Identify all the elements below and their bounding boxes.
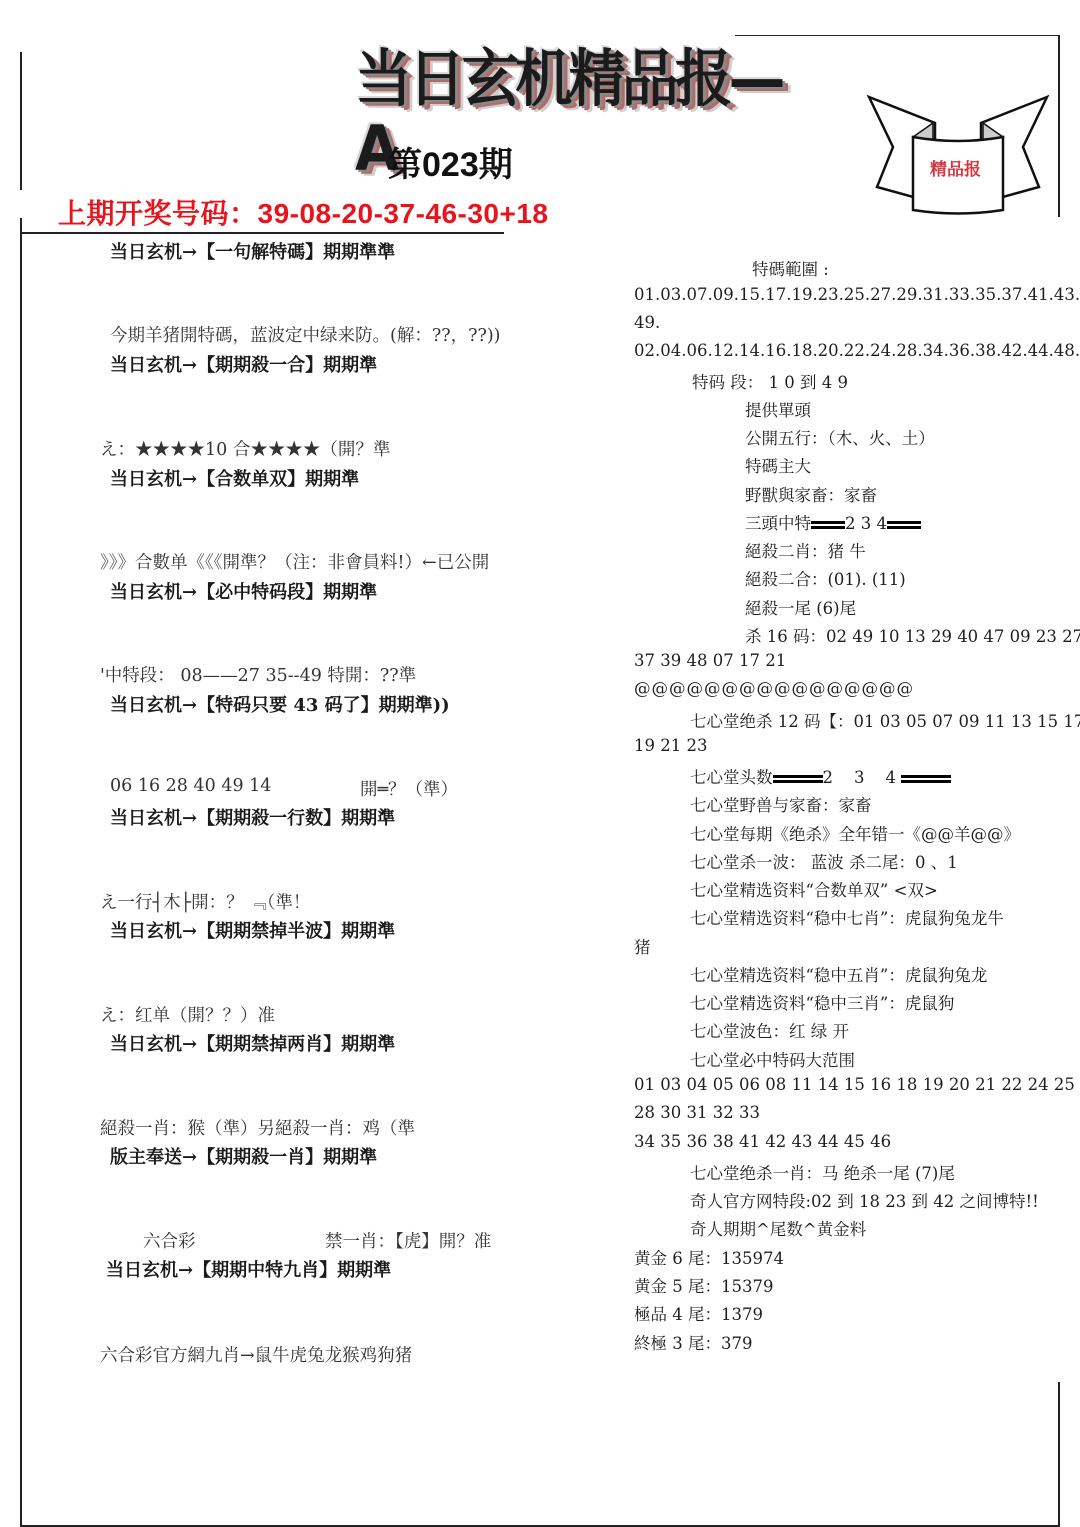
issue-number: 第023期: [388, 137, 513, 186]
left-footer-nine-zodiacs: 六合彩官方網九肖→鼠牛虎兔龙猴鸡狗猪: [100, 1342, 412, 1367]
big-range-1: 01 03 04 05 06 08 11 14 15 16 18 19 20 2…: [634, 1075, 1080, 1094]
left-border-main: [20, 218, 22, 1527]
right-item-kill-16: 杀 16 码：02 49 10 13 29 40 47 09 23 27: [745, 623, 1080, 647]
tail-gold-5: 黄金 5 尾：15379: [634, 1273, 773, 1297]
right-item-kill-two-combos: 絕殺二合：(01). (11): [745, 566, 906, 590]
left-content-6: え一行┤木├開：？ ﹃（準！: [100, 889, 310, 914]
left-content-8: 絕殺一肖：猴（準）另絕殺一肖：鸡（準: [100, 1115, 415, 1140]
range-odd-cont: 49.: [634, 313, 660, 332]
left-heading-4: 当日玄机→【必中特码段】期期準: [110, 578, 377, 604]
left-heading-1: 当日玄机→【一句解特碼】期期準準: [110, 238, 395, 264]
right-item-qxt-color: 七心堂波色：红 绿 开: [690, 1018, 849, 1042]
left-content-5-status: 開═？（準）: [360, 776, 458, 801]
seven-cont: 猪: [634, 934, 651, 958]
left-content-9-label: 六合彩: [143, 1228, 196, 1253]
left-content-2: え：★★★★10 合★★★★（開？準: [100, 436, 390, 461]
last-draw-label: 上期开奖号码：: [58, 198, 258, 229]
left-content-3: 》》》合數单《《《開準？（注：非會員料!）←已公開: [100, 549, 489, 574]
double-bar-icon: [887, 519, 921, 531]
three-heads-value: 2 3 4: [845, 514, 887, 533]
right-item-qxt-wave: 七心堂杀一波： 蓝波 杀二尾：0 、1: [690, 849, 958, 873]
left-border-top: [20, 52, 22, 190]
ribbon-badge-icon: [863, 85, 1053, 215]
left-content-1: 今期羊猪開特碼，蓝波定中绿来防。(解：??，??)): [110, 322, 501, 347]
three-heads-label: 三頭中特: [745, 514, 811, 533]
kill-12: 七心堂绝杀 12 码【：01 03 05 07 09 11 13 15 17: [690, 708, 1080, 732]
left-heading-10: 当日玄机→【期期中特九肖】期期準: [106, 1256, 391, 1282]
left-content-5-numbers: 06 16 28 40 49 14: [110, 776, 271, 796]
big-range-2: 28 30 31 32 33: [634, 1103, 760, 1122]
right-item-kill-one-tail: 絕殺一尾 (6)尾: [745, 595, 856, 619]
left-content-4: '中特段： 08——27 35--49 特開：??準: [100, 662, 416, 687]
right-border-bottom: [1058, 1382, 1060, 1527]
left-heading-7: 当日玄机→【期期禁掉半波】期期準: [110, 917, 395, 943]
right-item-main-big: 特碼主大: [745, 453, 811, 477]
right-item-three-heads: 三頭中特2 3 4: [745, 510, 921, 534]
right-item-qxt-kill: 七心堂每期《绝杀》全年错一《@@羊@@》: [690, 821, 1020, 845]
right-item-qxt-range: 七心堂必中特码大范围: [690, 1047, 855, 1071]
kill-16-cont: 37 39 48 07 17 21: [634, 651, 786, 670]
right-item-qxt-seven: 七心堂精选资料“稳中七肖”：虎鼠狗兔龙牛: [690, 905, 1004, 929]
left-heading-5: 当日玄机→【特码只要 43 码了】期期準)): [110, 691, 450, 717]
kill-12-cont: 19 21 23: [634, 736, 707, 755]
header-divider: [20, 232, 504, 234]
left-heading-6: 当日玄机→【期期殺一行数】期期準: [110, 804, 395, 830]
tail-premium-4: 極品 4 尾：1379: [634, 1301, 763, 1325]
right-border-top-h: [735, 35, 1060, 36]
tail-gold-6: 黄金 6 尾：135974: [634, 1245, 784, 1269]
double-bar-icon: [811, 519, 845, 531]
right-item-qxt-three: 七心堂精选资料“稳中三肖”：虎鼠狗: [690, 990, 954, 1014]
last-draw: 上期开奖号码：39-08-20-37-46-30+18: [58, 192, 549, 232]
right-item-qxt-wild: 七心堂野兽与家畜：家畜: [690, 792, 872, 816]
left-content-7: え：红单（開？？）准: [100, 1002, 275, 1027]
range-title: 特碼範圍 :: [752, 256, 829, 280]
range-odd: 01.03.07.09.15.17.19.23.25.27.29.31.33.3…: [634, 285, 1080, 304]
right-item-qxt-kill-zodiac: 七心堂绝杀一肖：马 绝杀一尾 (7)尾: [690, 1160, 955, 1184]
head-value: 2 3 4: [823, 768, 896, 787]
page-title: 当日玄机精品报—A: [355, 44, 820, 114]
right-item-qxt-five: 七心堂精选资料“稳中五肖”：虎鼠狗兔龙: [690, 962, 987, 986]
double-bar-icon: [901, 773, 951, 785]
right-item-kill-two-zodiacs: 絕殺二肖：猪 牛: [745, 538, 866, 562]
right-item-single-head: 提供單頭: [745, 397, 811, 421]
left-heading-9: 版主奉送→【期期殺一肖】期期準: [110, 1143, 377, 1169]
right-item-wild-domestic: 野獸與家畜：家畜: [745, 482, 877, 506]
range-even: 02.04.06.12.14.16.18.20.22.24.28.34.36.3…: [634, 341, 1080, 360]
head-numbers: 七心堂头数2 3 4: [690, 764, 951, 788]
big-range-3: 34 35 36 38 41 42 43 44 45 46: [634, 1132, 891, 1151]
left-heading-8: 当日玄机→【期期禁掉两肖】期期準: [110, 1030, 395, 1056]
right-item-qiren-segment: 奇人官方网特段:02 到 18 23 到 42 之间博特!!: [690, 1188, 1039, 1212]
right-item-qxt-odd-even: 七心堂精选资料“合数单双” <双>: [690, 877, 938, 901]
last-draw-numbers: 39-08-20-37-46-30+18: [258, 198, 549, 229]
right-item-qiren-gold: 奇人期期^尾数^黄金料: [690, 1216, 866, 1240]
at-divider: @@@@@@@@@@@@@@@@: [634, 679, 914, 698]
badge-label: 精品报: [930, 155, 981, 180]
tail-ultimate-3: 終極 3 尾：379: [634, 1330, 752, 1354]
left-content-9-value: 禁一肖：【虎】開？准: [325, 1228, 491, 1253]
head-label: 七心堂头数: [690, 768, 773, 787]
left-heading-2: 当日玄机→【期期殺一合】期期準: [110, 351, 377, 377]
double-bar-icon: [773, 773, 823, 785]
right-item-five-elements: 公開五行：（木、火、土）: [745, 425, 935, 449]
right-border-top: [1058, 35, 1060, 217]
segment: 特码 段： 1 0 到 4 9: [692, 369, 848, 393]
left-heading-3: 当日玄机→【合数单双】期期準: [110, 465, 359, 491]
